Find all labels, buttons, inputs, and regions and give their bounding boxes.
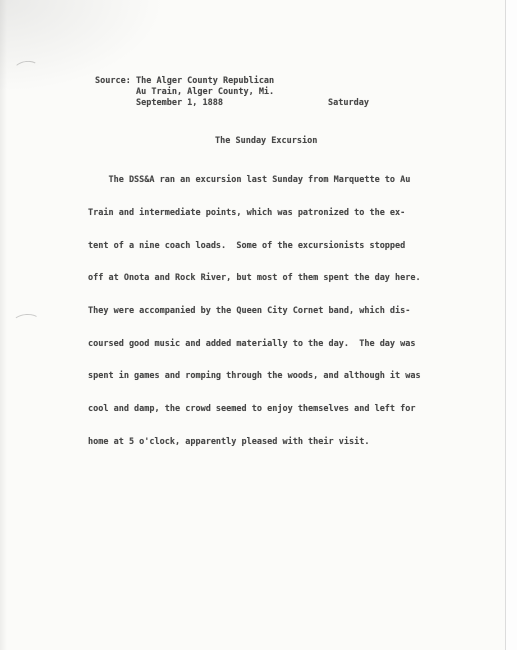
body-line: Train and intermediate points, which was… <box>88 208 421 219</box>
scanned-document-page: Source: The Alger County Republican Au T… <box>0 0 517 650</box>
body-line: tent of a nine coach loads. Some of the … <box>88 241 421 252</box>
source-day: Saturday <box>328 98 369 109</box>
source-label: Source: <box>95 76 131 87</box>
body-line: cool and damp, the crowd seemed to enjoy… <box>88 404 421 415</box>
source-publication: The Alger County Republican <box>136 76 274 87</box>
scan-right-margin <box>506 0 517 650</box>
article-title: The Sunday Excursion <box>215 136 317 147</box>
smudge-mark-middle <box>13 313 41 330</box>
article-body: The DSS&A ran an excursion last Sunday f… <box>88 153 421 469</box>
body-line: spent in games and romping through the w… <box>88 371 421 382</box>
body-line: The DSS&A ran an excursion last Sunday f… <box>88 175 421 186</box>
paper-edge-line <box>505 0 506 650</box>
body-line: coursed good music and added materially … <box>88 339 421 350</box>
body-line: off at Onota and Rock River, but most of… <box>88 273 421 284</box>
source-location: Au Train, Alger County, Mi. <box>136 87 274 98</box>
smudge-mark-top <box>13 60 40 78</box>
body-line: home at 5 o'clock, apparently pleased wi… <box>88 437 421 448</box>
body-line: They were accompanied by the Queen City … <box>88 306 421 317</box>
scan-left-edge-shading <box>0 0 7 650</box>
source-date: September 1, 1888 <box>136 98 223 109</box>
